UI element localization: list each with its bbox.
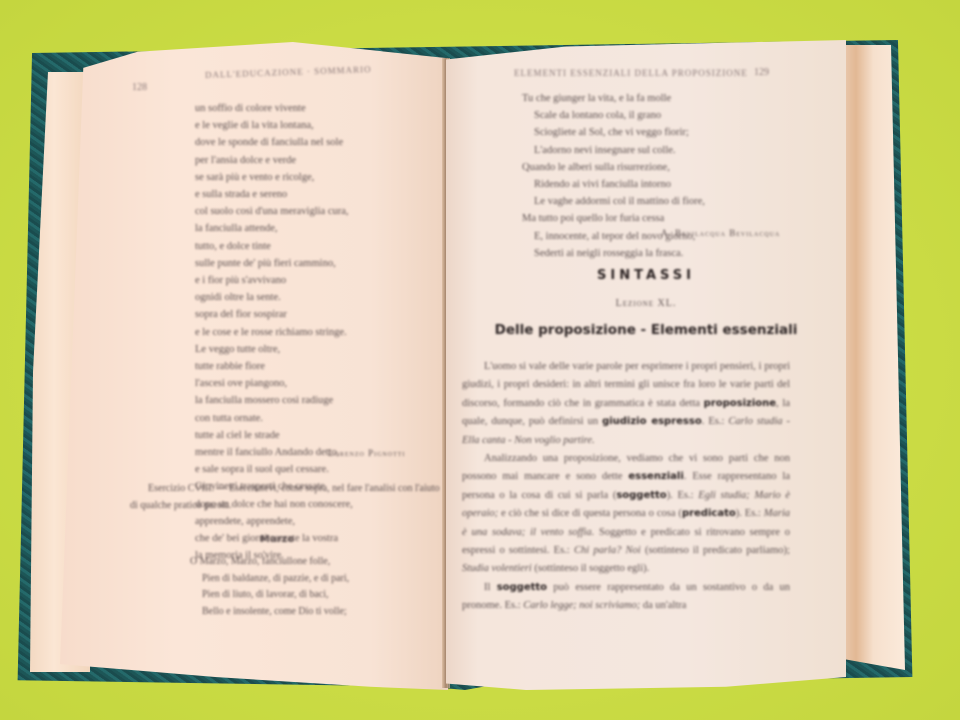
poem-line: Quando le alberi sulla risurrezione, <box>522 159 705 176</box>
left-page: 128 Dall'educazione · Sommario un soffio… <box>60 42 448 690</box>
key-term: soggetto <box>497 582 547 593</box>
left-poem-signature: Lorenzo Pignotti <box>328 448 405 458</box>
poem-line: e sulla strada e sereno <box>195 186 353 203</box>
right-page: Elementi essenziali della proposizione 1… <box>446 40 846 690</box>
poem-line: apprendete, apprendete, <box>195 513 353 530</box>
left-running-head: Dall'educazione · Sommario <box>205 64 372 80</box>
poem-line: col suolo così d'una meraviglia cura, <box>195 203 353 220</box>
exercise-text: Esercizio CVIII. — Esercitatevi, come so… <box>130 480 440 514</box>
paragraph: Il soggetto può essere rappresentato da … <box>462 579 790 616</box>
key-term: soggetto <box>616 490 666 501</box>
poem-line: Pien di liuto, di lavorar, di baci, <box>190 587 349 604</box>
poem-line: Ma tutto poi quello lor furia cessa <box>522 210 705 227</box>
poem-line: Sederti ai neigli rosseggia la frasca. <box>522 245 705 262</box>
text-run: Carlo legge; noi scriviamo; <box>523 600 640 611</box>
poem-line: tutte al ciel le strade <box>195 427 353 444</box>
text-run: da un'altra <box>640 600 686 611</box>
key-term: essenziali <box>628 471 683 482</box>
poem-line: tutte rabbie fiore <box>195 358 353 375</box>
text-run: Studia volentieri <box>462 563 532 574</box>
right-running-head: Elementi essenziali della proposizione <box>514 68 748 78</box>
second-poem-title: Marzo <box>260 534 294 545</box>
poem-line: O Marzo, Marzo, fanciullone folle, <box>190 554 349 571</box>
poem-line: sulle punte de' più fieri cammino, <box>195 255 353 272</box>
key-term: proposizione <box>704 398 776 409</box>
poem-line: ognidi oltre la sente. <box>195 289 353 306</box>
right-poem-signature: A. Bevilacqua Bevilacqua <box>661 228 780 238</box>
text-run: Il <box>484 582 497 593</box>
poem-line: l'ascesi ove piangono, <box>195 375 353 392</box>
text-run: ). Es.: <box>736 508 764 519</box>
photo-scene: 128 Dall'educazione · Sommario un soffio… <box>0 0 960 720</box>
key-term: giudizio espresso <box>602 416 702 427</box>
section-title: SINTASSI <box>446 268 846 283</box>
poem-line: Tu che giunger la vita, e la fa molle <box>522 90 705 107</box>
poem-line: Le veggo tutte oltre, <box>195 341 353 358</box>
text-run: (sottinteso il predicato parliamo); <box>641 545 790 556</box>
lesson-number: Lezione XL. <box>446 298 846 309</box>
poem-line: e i fior più s'avvivano <box>195 272 353 289</box>
text-run: Chi parla? Noi <box>574 545 641 556</box>
left-page-number: 128 <box>132 82 147 93</box>
lesson-body: L'uomo si vale delle varie parole per es… <box>462 358 790 616</box>
poem-line: se sarà più e vento e ricolge, <box>195 169 353 186</box>
key-term: predicato <box>682 508 736 519</box>
poem-line: la fanciulla mossero così radiuge <box>195 392 353 409</box>
poem-line: L'adorno nevi insegnare sul colle. <box>522 142 705 159</box>
text-run: . Es.: <box>702 416 729 427</box>
poem-line: Pien di baldanze, di pazzie, e di pari, <box>190 571 349 588</box>
poem-line: Sciogliete al Sol, che vi veggo fiorir; <box>522 124 705 141</box>
second-poem: O Marzo, Marzo, fanciullone folle,Pien d… <box>190 554 349 620</box>
poem-line: e le veglie di la vita lontana, <box>195 117 353 134</box>
text-run: (sottinteso il soggetto egli). <box>532 563 650 574</box>
poem-line: Scale da lontano cola, il grano <box>522 107 705 124</box>
poem-line: la fanciulla attende, <box>195 220 353 237</box>
poem-line: e le cose e le rosse richiamo stringe. <box>195 324 353 341</box>
right-page-number: 129 <box>754 67 769 78</box>
poem-line: per l'ansia dolce e verde <box>195 152 353 169</box>
poem-line: dove le sponde di fanciulla nel sole <box>195 134 353 151</box>
poem-line: sopra del fior sospirar <box>195 306 353 323</box>
poem-line: un soffio di colore vivente <box>195 100 353 117</box>
text-run: e ciò che si dice di questa persona o co… <box>498 508 682 519</box>
poem-line: Bello e insolente, come Dio ti volle; <box>190 604 349 621</box>
lesson-title: Delle proposizione - Elementi essenziali <box>446 322 846 338</box>
poem-line: con tutta ornate. <box>195 410 353 427</box>
text-run: ). Es.: <box>667 490 699 501</box>
poem-line: e sale sopra il suol quel cessare. <box>195 461 353 478</box>
paragraph: L'uomo si vale delle varie parole per es… <box>462 358 790 450</box>
paragraph: Analizzando una proposizione, vediamo ch… <box>462 450 790 579</box>
poem-line: tutto, e dolce tinte <box>195 238 353 255</box>
poem-line: Le vaghe addormi col il mattino di fiore… <box>522 193 705 210</box>
poem-line: Ridendo ai vivi fanciulla intorno <box>522 176 705 193</box>
